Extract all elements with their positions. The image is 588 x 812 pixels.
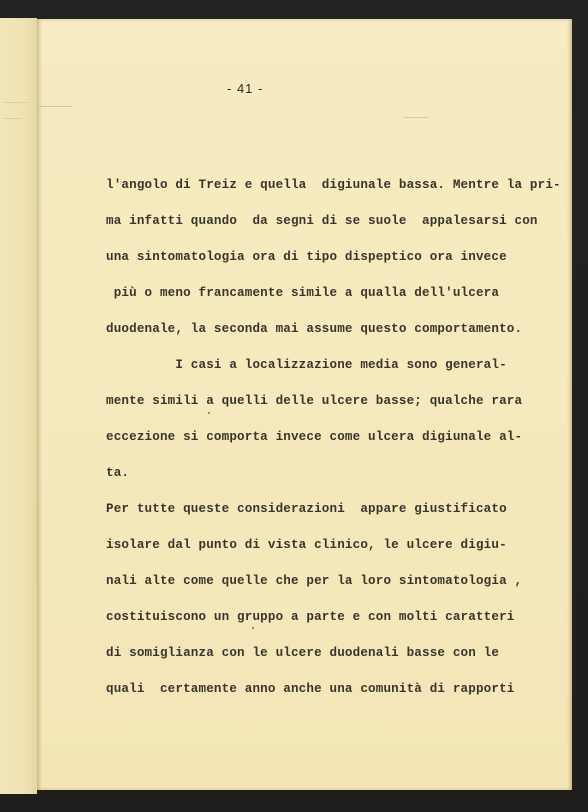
text-line: isolare dal punto di vista clinico, le u… bbox=[106, 538, 507, 552]
text-line: Per tutte queste considerazioni appare g… bbox=[106, 502, 507, 516]
previous-page-edge bbox=[0, 18, 37, 794]
text-line: di somiglianza con le ulcere duodenali b… bbox=[106, 646, 499, 660]
faint-mark bbox=[37, 106, 72, 107]
text-line: ta. bbox=[106, 466, 129, 480]
text-line: duodenale, la seconda mai assume questo … bbox=[106, 322, 522, 336]
text-line: nali alte come quelle che per la loro si… bbox=[106, 574, 522, 588]
text-line: l'angolo di Treiz e quella digiunale bas… bbox=[106, 178, 561, 192]
faint-mark bbox=[403, 117, 429, 118]
gutter-shadow bbox=[37, 19, 42, 790]
ink-speck bbox=[252, 627, 254, 629]
text-line: I casi a localizzazione media sono gener… bbox=[106, 358, 507, 372]
text-line: costituiscono un gruppo a parte e con mo… bbox=[106, 610, 515, 624]
text-line: una sintomatologia ora di tipo dispeptic… bbox=[106, 250, 507, 264]
text-line: ma infatti quando da segni di se suole a… bbox=[106, 214, 538, 228]
ink-speck bbox=[208, 412, 210, 414]
text-line: quali certamente anno anche una comunità… bbox=[106, 682, 515, 696]
text-line: eccezione si comporta invece come ulcera… bbox=[106, 430, 522, 444]
faint-mark bbox=[4, 102, 28, 103]
page-number: - 41 - bbox=[227, 81, 263, 96]
text-line: più o meno francamente simile a qualla d… bbox=[106, 286, 499, 300]
text-line: mente simili a quelli delle ulcere basse… bbox=[106, 394, 522, 408]
faint-mark bbox=[4, 118, 22, 119]
